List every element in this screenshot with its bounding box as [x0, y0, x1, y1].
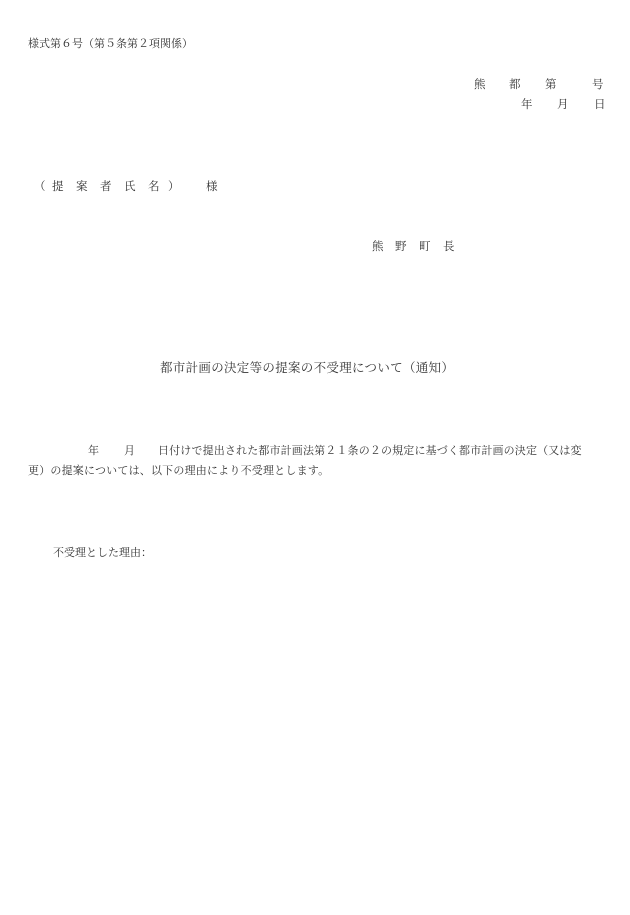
reason-label: 不受理とした理由： — [53, 547, 152, 558]
recipient-name-char: 提 — [52, 181, 64, 193]
recipient-name-char: 案 — [76, 181, 88, 193]
sender-char: 長 — [443, 241, 455, 253]
body-line-1-text: 日付けで提出された都市計画法第２１条の２の規定に基づく都市計画の決定（又は変 — [158, 445, 582, 456]
date-month-label: 月 — [557, 99, 569, 111]
body-year-label: 年 — [88, 445, 99, 456]
reference-category: 都 — [509, 79, 521, 91]
recipient-honorific: 様 — [206, 181, 218, 193]
recipient-name-char: 氏 — [124, 181, 136, 193]
date-day-label: 日 — [594, 99, 606, 111]
reference-number-suffix: 号 — [592, 79, 604, 91]
document-title: 都市計画の決定等の提案の不受理について（通知） — [160, 362, 454, 375]
reference-prefix: 熊 — [474, 79, 486, 91]
recipient-name-char: 者 — [100, 181, 112, 193]
sender-char: 野 — [395, 241, 407, 253]
recipient-open-paren: （ — [34, 181, 46, 193]
sender-char: 熊 — [372, 241, 384, 253]
reference-number-prefix: 第 — [545, 79, 557, 91]
recipient-name-char: 名 — [148, 181, 160, 193]
body-line-2-text: 更）の提案については、以下の理由により不受理とします。 — [28, 465, 329, 476]
date-year-label: 年 — [521, 99, 533, 111]
form-number: 様式第６号（第５条第２項関係） — [28, 38, 193, 49]
recipient-close-paren: ） — [168, 181, 180, 193]
sender-char: 町 — [419, 241, 431, 253]
body-month-label: 月 — [124, 445, 135, 456]
